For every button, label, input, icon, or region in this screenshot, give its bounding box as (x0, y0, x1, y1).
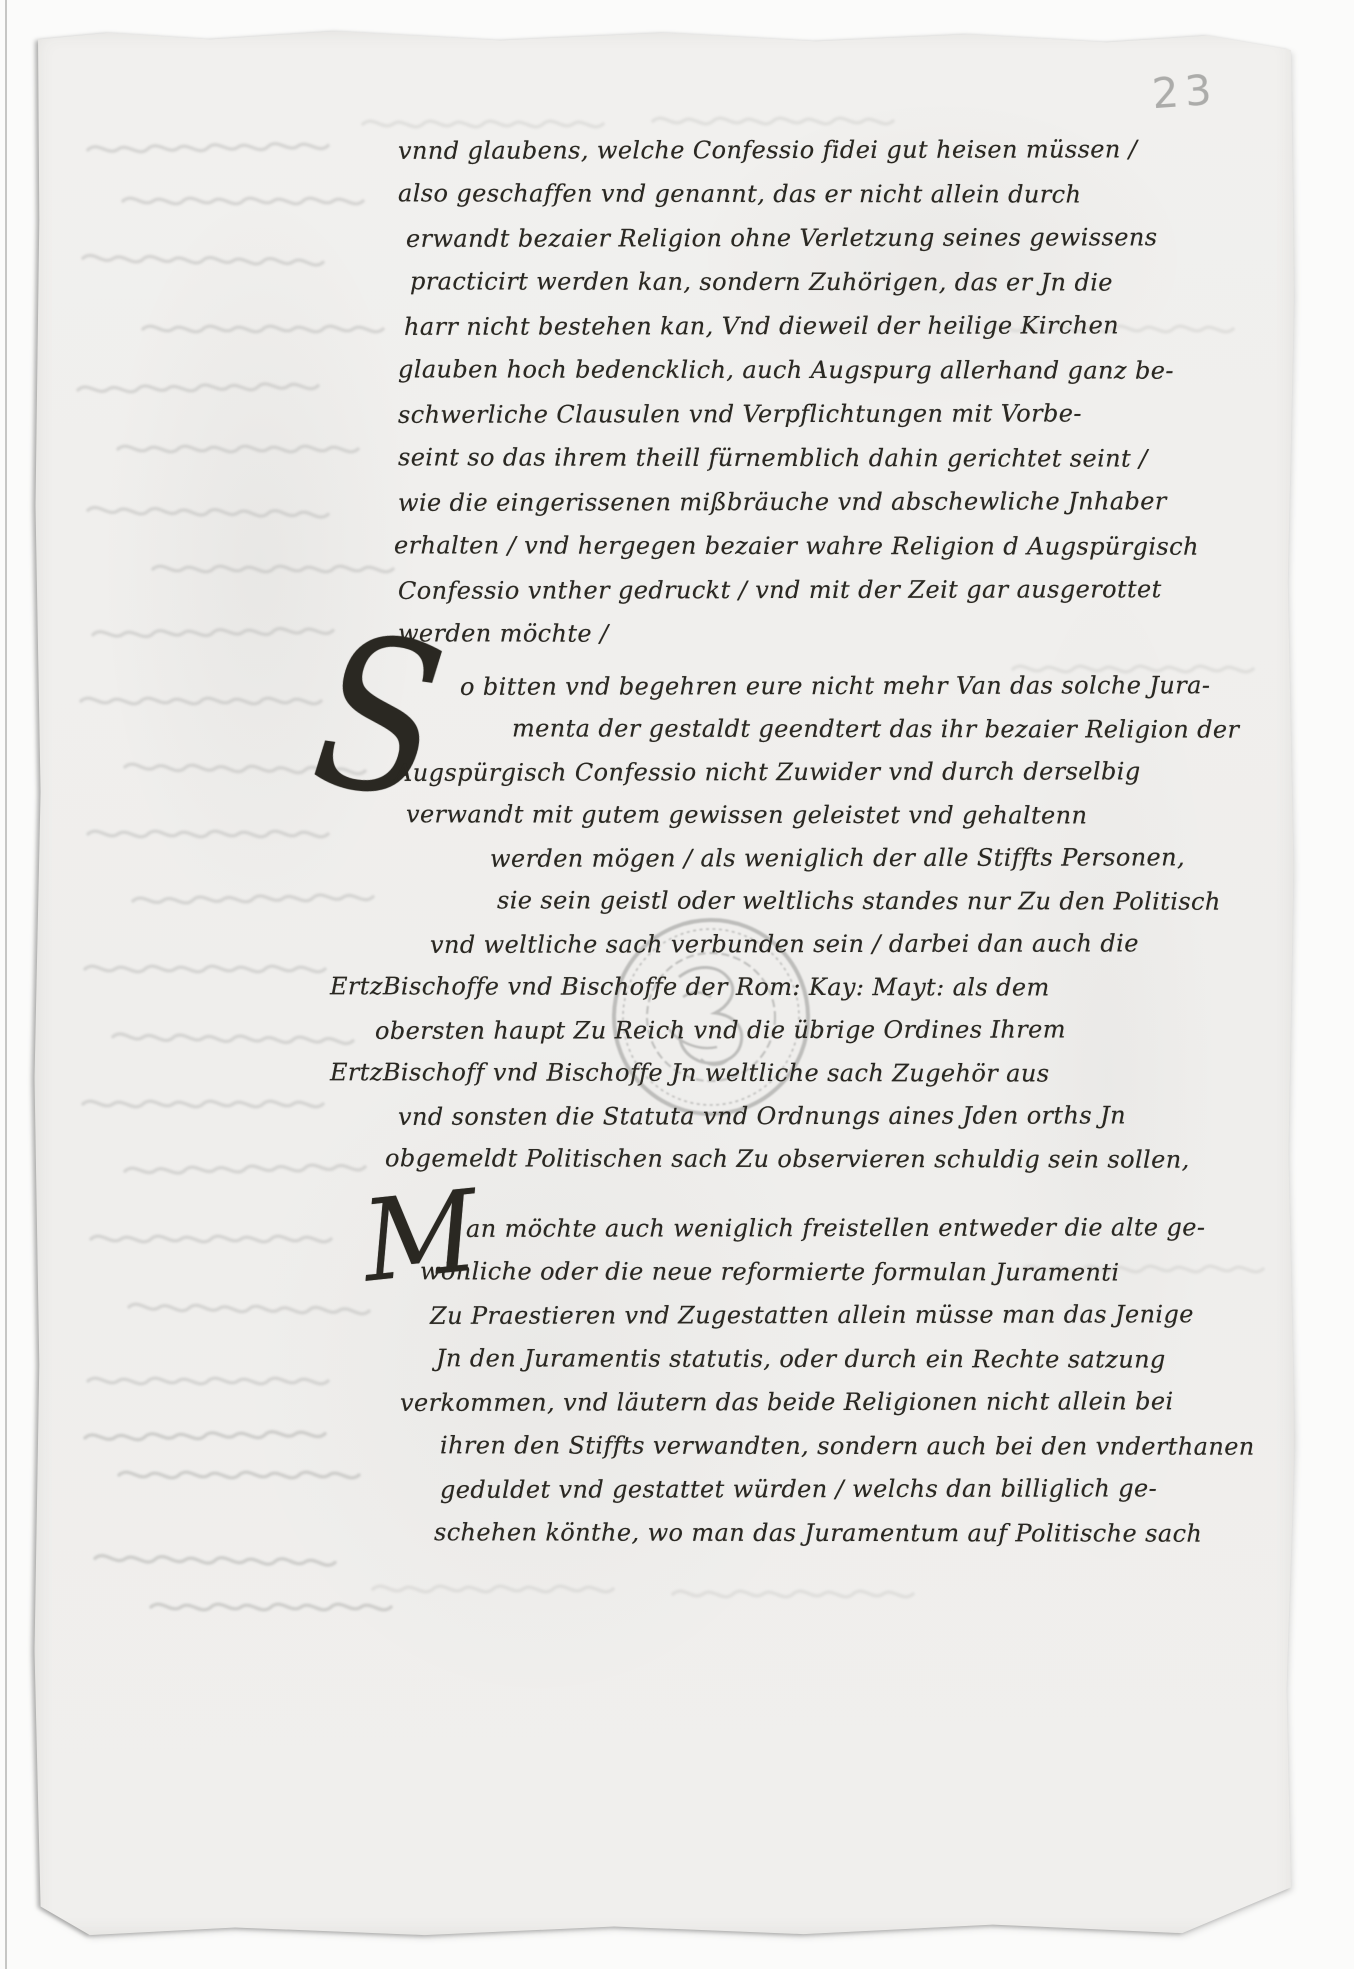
manuscript-line: erwandt bezaier Religion ohne Verletzung… (406, 215, 1199, 261)
manuscript-line: Confessio vnther gedruckt / vnd mit der … (398, 567, 1199, 613)
manuscript-line: an möchte auch weniglich freistellen ent… (466, 1206, 1255, 1251)
manuscript-line: Jn den Juramentis statutis, oder durch e… (436, 1337, 1255, 1382)
folio-number: 23 (1150, 65, 1219, 118)
manuscript-line: seint so das ihrem theill fürnemblich da… (398, 435, 1199, 480)
paper-sheet: 23 vnnd glaubens, welche Confessio fidei… (33, 29, 1296, 1937)
manuscript-line: glauben hoch bedencklich, auch Augspurg … (398, 347, 1199, 392)
manuscript-scan: 23 vnnd glaubens, welche Confessio fidei… (0, 0, 1354, 1969)
manuscript-line: menta der gestaldt geendtert das ihr bez… (512, 707, 1239, 751)
manuscript-line: erhalten / vnd hergegen bezaier wahre Re… (394, 523, 1199, 568)
manuscript-line: ihren den Stiffts verwandten, sondern au… (440, 1424, 1255, 1469)
scanner-edge-line (5, 0, 7, 1969)
manuscript-line: wie die eingerissenen mißbräuche vnd abs… (398, 479, 1199, 525)
manuscript-line: Augspürgisch Confessio nicht Zuwider vnd… (395, 750, 1239, 795)
manuscript-line: vnnd glaubens, welche Confessio fidei gu… (398, 127, 1199, 173)
paper-sheet-wrap: 23 vnnd glaubens, welche Confessio fidei… (33, 29, 1296, 1937)
paragraph-3: an möchte auch weniglich freistellen ent… (400, 1207, 1255, 1555)
paragraph-1: vnnd glaubens, welche Confessio fidei gu… (398, 128, 1199, 656)
manuscript-line: verkommen, vnd läutern das beide Religio… (400, 1380, 1255, 1425)
paragraph-2: o bitten vnd begehren eure nicht mehr Va… (330, 665, 1239, 1181)
manuscript-line: vnd weltliche sach verbunden sein / darb… (430, 922, 1239, 967)
manuscript-line: schwerliche Clausulen vnd Verpflichtunge… (398, 391, 1199, 437)
manuscript-line: sie sein geistl oder weltlichs standes n… (497, 879, 1239, 923)
manuscript-line: obgemeldt Politischen sach Zu observiere… (385, 1137, 1239, 1181)
manuscript-line: geduldet vnd gestattet würden / welchs d… (440, 1467, 1255, 1512)
manuscript-line: Zu Praestieren vnd Zugestatten allein mü… (430, 1293, 1255, 1338)
manuscript-line: ErtzBischoffe vnd Bischoffe der Rom: Kay… (330, 965, 1239, 1010)
manuscript-line: practicirt werden kan, sondern Zuhörigen… (410, 259, 1199, 304)
manuscript-line: werden möchte / (398, 611, 1199, 656)
manuscript-line: harr nicht bestehen kan, Vnd dieweil der… (404, 303, 1199, 349)
manuscript-line: obersten haupt Zu Reich vnd die übrige O… (375, 1008, 1239, 1053)
manuscript-line: verwandt mit gutem gewissen geleistet vn… (406, 793, 1239, 837)
manuscript-line: werden mögen / als weniglich der alle St… (490, 836, 1239, 881)
manuscript-line: o bitten vnd begehren eure nicht mehr Va… (460, 664, 1239, 709)
manuscript-line: vnd sonsten die Statuta vnd Ordnungs ain… (398, 1094, 1239, 1139)
manuscript-line: schehen könthe, wo man das Juramentum au… (434, 1511, 1255, 1556)
manuscript-line: also geschaffen vnd genannt, das er nich… (398, 171, 1199, 216)
manuscript-line: ErtzBischoff vnd Bischoffe Jn weltliche … (330, 1051, 1239, 1096)
manuscript-line: wönliche oder die neue reformierte formu… (420, 1250, 1255, 1295)
